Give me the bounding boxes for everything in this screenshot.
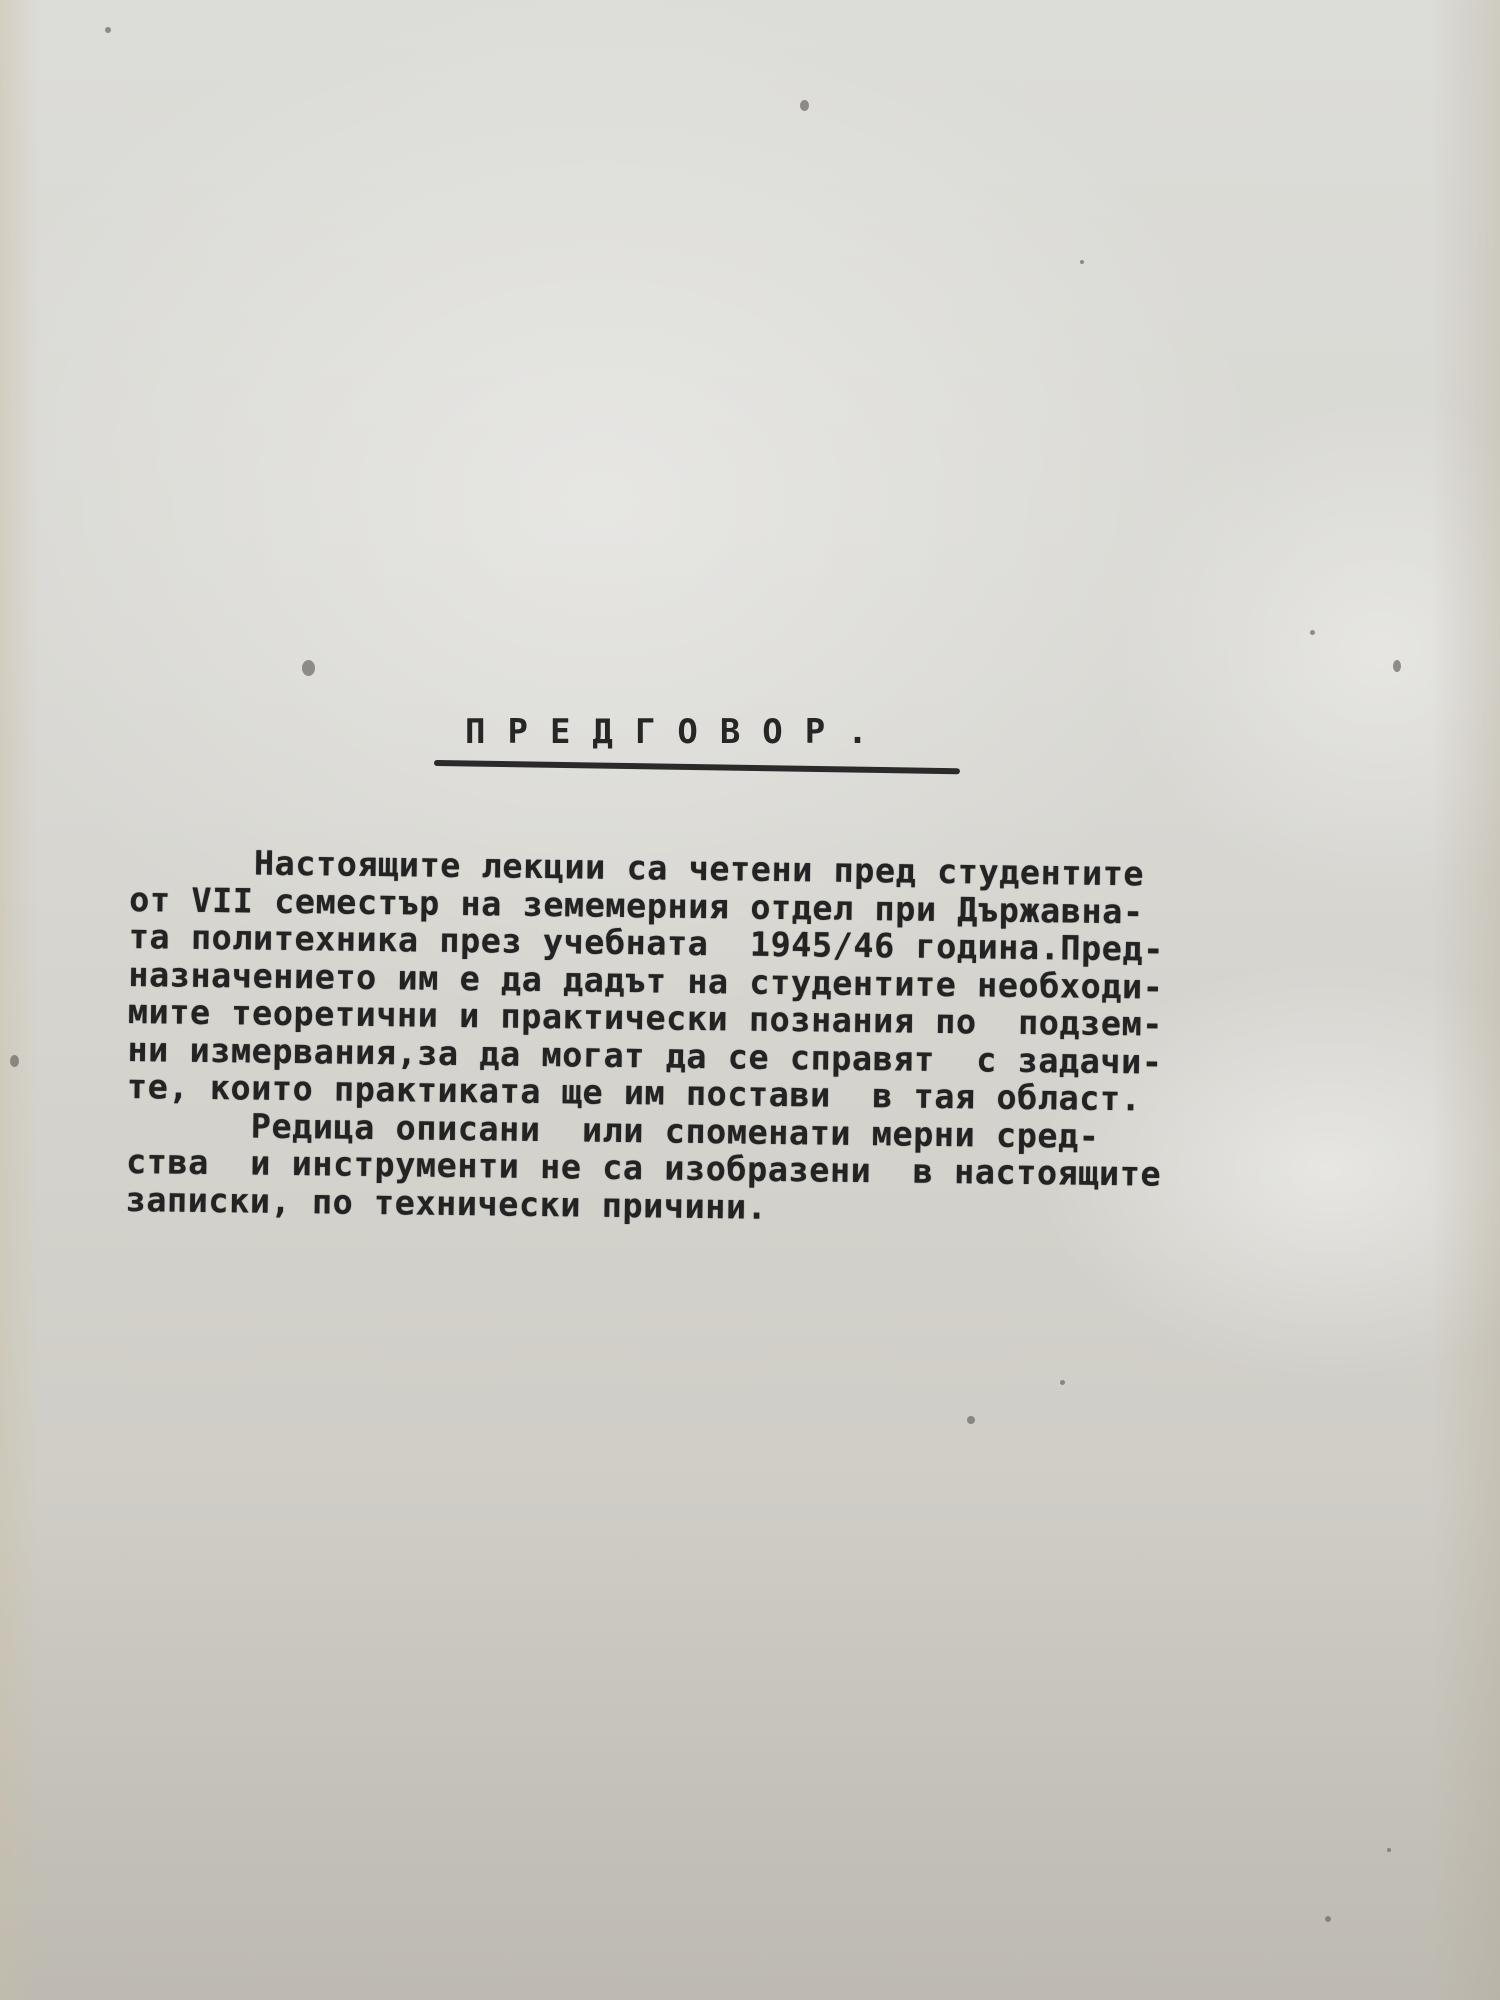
paper-speck bbox=[1310, 630, 1315, 635]
paper-speck bbox=[105, 27, 111, 33]
paper-speck bbox=[1325, 1916, 1331, 1922]
title-underline bbox=[434, 760, 960, 774]
paper-speck bbox=[800, 100, 809, 111]
paper-speck bbox=[1387, 1848, 1391, 1852]
paper-speck bbox=[1393, 660, 1401, 672]
paper-speck bbox=[1080, 260, 1084, 264]
paper-speck bbox=[302, 660, 315, 676]
preface-body: Настоящите лекции са четени пред студент… bbox=[125, 843, 1389, 1233]
paper-speck bbox=[967, 1416, 975, 1424]
paper-speck bbox=[10, 1055, 19, 1067]
page-title: ПРЕДГОВОР. bbox=[465, 712, 890, 752]
page-shadow-bottom bbox=[0, 1500, 1500, 2000]
paper-speck bbox=[1060, 1380, 1065, 1385]
